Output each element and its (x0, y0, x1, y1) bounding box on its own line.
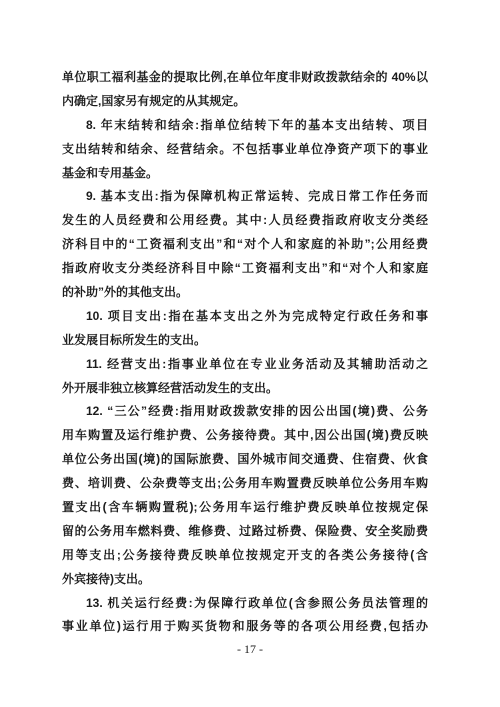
text-line: 12. “三公”经费:指用财政拨款安排的因公出国(境)费、公务 (62, 400, 428, 424)
text-line: 11. 经营支出:指事业单位在专业业务活动及其辅助活动之 (62, 353, 428, 377)
text-line: 9. 基本支出:指为保障机构正常运转、完成日常工作任务而 (62, 185, 428, 209)
text-line: 济科目中的“工资福利支出”和“对个人和家庭的补助”;公用经费 (62, 233, 428, 257)
page-number: - 17 - (0, 642, 500, 657)
text-line: 事业单位)运行用于购买货物和服务等的各项公用经费,包括办 (62, 615, 428, 639)
text-line: 内确定,国家另有规定的从其规定。 (62, 90, 428, 114)
text-line: 发生的人员经费和公用经费。其中:人员经费指政府收支分类经 (62, 209, 428, 233)
text-line: 费、培训费、公杂费等支出;公务用车购置费反映单位公务用车购 (62, 472, 428, 496)
text-line: 13. 机关运行经费:为保障行政单位(含参照公务员法管理的 (62, 592, 428, 616)
document-page: 单位职工福利基金的提取比例,在单位年度非财政拨款结余的 40%以内确定,国家另有… (0, 0, 500, 707)
document-body: 单位职工福利基金的提取比例,在单位年度非财政拨款结余的 40%以内确定,国家另有… (62, 66, 428, 639)
text-line: 的补助”外的其他支出。 (62, 281, 428, 305)
text-line: 单位职工福利基金的提取比例,在单位年度非财政拨款结余的 40%以 (62, 66, 428, 90)
text-line: 用车购置及运行维护费、公务接待费。其中,因公出国(境)费反映 (62, 424, 428, 448)
text-line: 指政府收支分类经济科目中除“工资福利支出”和“对个人和家庭 (62, 257, 428, 281)
text-line: 支出结转和结余、经营结余。不包括事业单位净资产项下的事业 (62, 138, 428, 162)
text-line: 用等支出;公务接待费反映单位按规定开支的各类公务接待(含 (62, 544, 428, 568)
text-line: 置支出(含车辆购置税);公务用车运行维护费反映单位按规定保 (62, 496, 428, 520)
text-line: 基金和专用基金。 (62, 162, 428, 186)
text-line: 外开展非独立核算经营活动发生的支出。 (62, 377, 428, 401)
text-line: 业发展目标所发生的支出。 (62, 329, 428, 353)
text-line: 单位公务出国(境)的国际旅费、国外城市间交通费、住宿费、伙食 (62, 448, 428, 472)
text-line: 留的公务用车燃料费、维修费、过路过桥费、保险费、安全奖励费 (62, 520, 428, 544)
text-line: 10. 项目支出:指在基本支出之外为完成特定行政任务和事 (62, 305, 428, 329)
text-line: 外宾接待)支出。 (62, 568, 428, 592)
text-line: 8. 年末结转和结余:指单位结转下年的基本支出结转、项目 (62, 114, 428, 138)
